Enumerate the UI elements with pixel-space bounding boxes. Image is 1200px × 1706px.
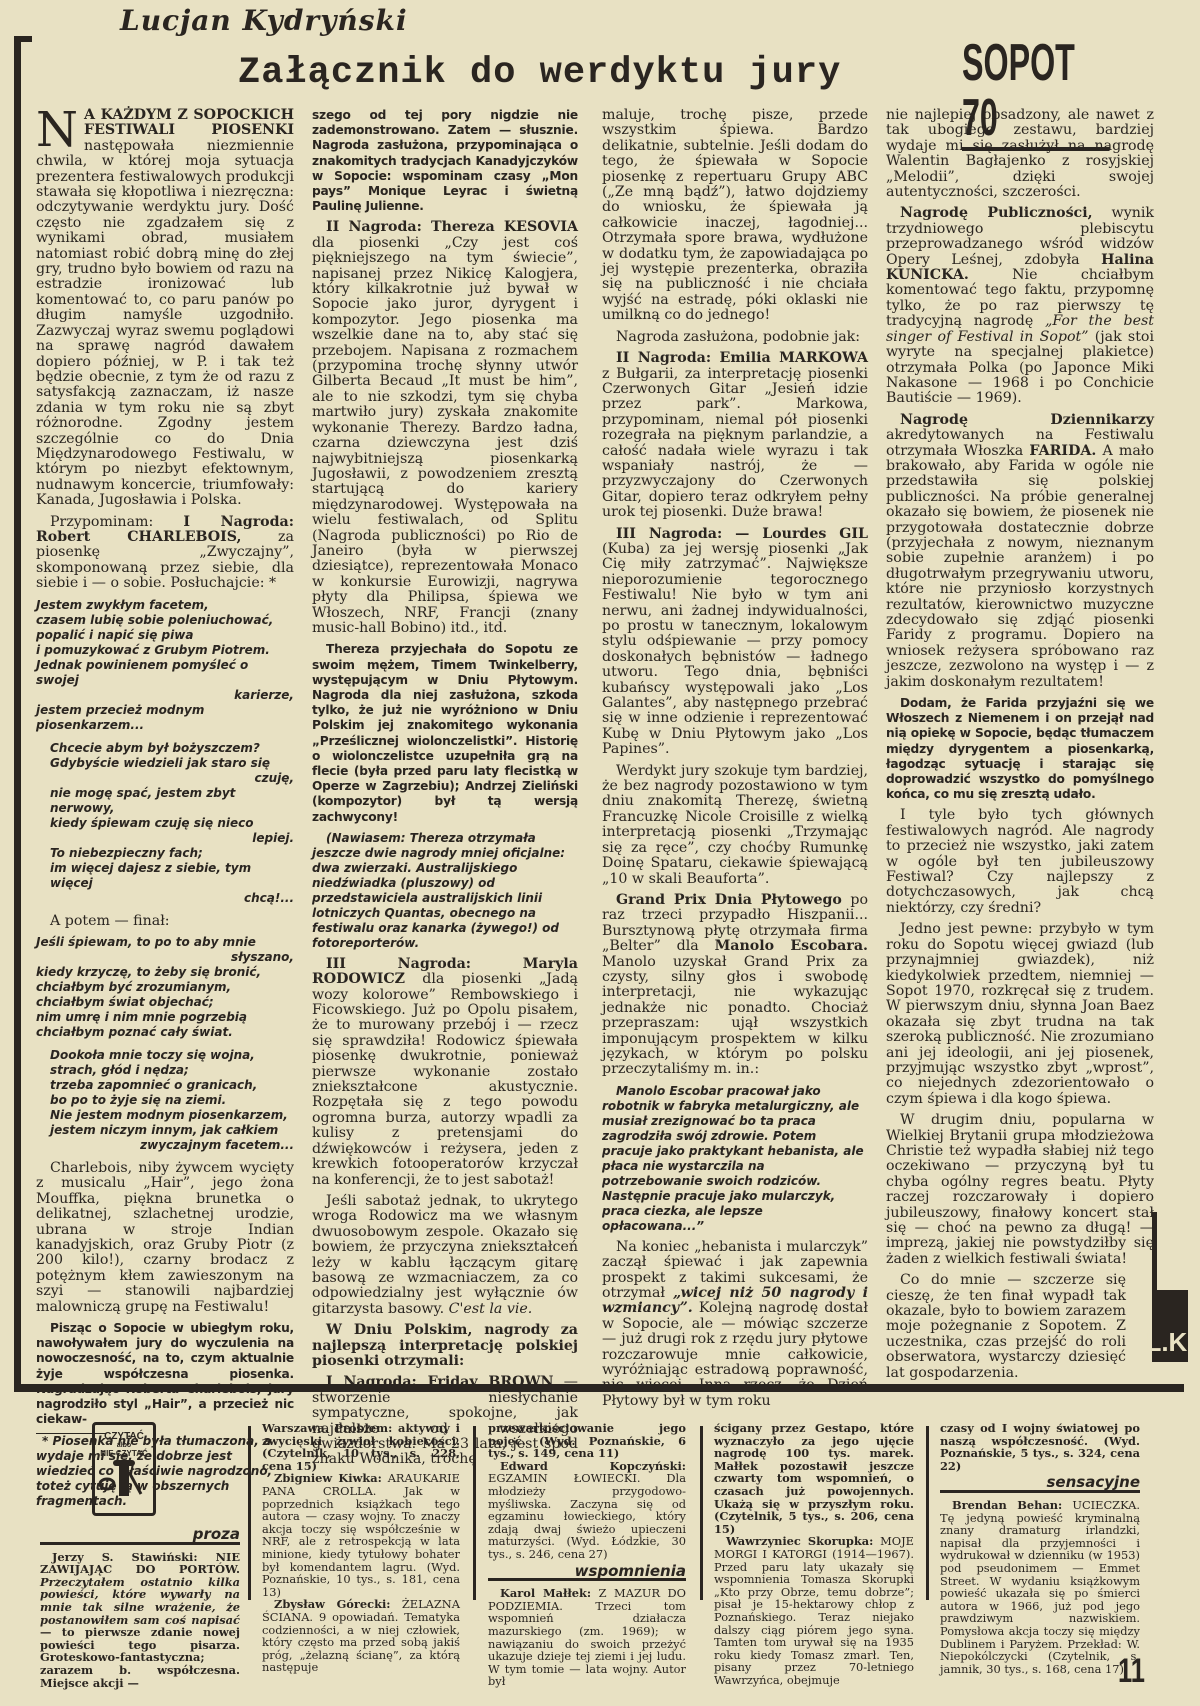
- lyrics-verse-3: Jeśli śpiewam, to po to aby mniesłyszano…: [36, 935, 294, 1040]
- paragraph: II Nagroda: Thereza KESOVIA dla piosenki…: [312, 220, 578, 636]
- paragraph: Charlebois, niby żywcem wycięty z musica…: [36, 1161, 294, 1315]
- reader-figure-icon: [97, 1458, 151, 1498]
- paragraph: maluje, trochę pisze, przede wszystkim ś…: [602, 108, 868, 324]
- column-rule: [700, 1426, 703, 1600]
- book-review: Karol Małłek: Z MAZUR DO PODZIEMIA. Trze…: [488, 1587, 686, 1688]
- paragraph: Grand Prix Dnia Płytowego po raz trzeci …: [602, 893, 868, 1078]
- footnote: * Piosenka nie była tłumaczona, a wydaje…: [36, 1434, 294, 1509]
- column-rule: [473, 1426, 476, 1600]
- article-column-1: NA KAŻDYM Z SOPOCKICH FESTIWALI PIOSENKI…: [36, 108, 294, 1515]
- article-column-3: maluje, trochę pisze, przede wszystkim ś…: [602, 108, 868, 1415]
- signature-rule: [1152, 1212, 1157, 1292]
- book-column-2: Warszawa. Problem: aktywny i zwycięski ż…: [262, 1422, 460, 1674]
- paragraph: Jedno jest pewne: przybyło w tym roku do…: [886, 922, 1154, 1107]
- author-signature: L.K.: [1152, 1290, 1188, 1362]
- lyrics-verse-4: Dookoła mnie toczy się wojna,strach, głó…: [36, 1048, 294, 1153]
- book-column-4: ścigany przez Gestapo, które wyznaczyło …: [714, 1422, 914, 1686]
- book-review: Jerzy S. Stawiński: NIE ZAWIJAJĄC DO POR…: [40, 1551, 240, 1690]
- book-column-5: czasy od I wojny światowej po naszą wspó…: [940, 1422, 1140, 1675]
- book-review: Edward Kopczyński: EGZAMIN ŁOWIECKI. Dla…: [488, 1460, 686, 1561]
- frame-left-rule: [14, 36, 21, 1388]
- paragraph: Jeśli sabotaż jednak, to ukrytego wroga …: [312, 1194, 578, 1317]
- lead-paragraph: NA KAŻDYM Z SOPOCKICH FESTIWALI PIOSENKI…: [36, 108, 294, 509]
- paragraph: II Nagroda: Emilia MARKOWA z Bułgarii, z…: [602, 351, 868, 520]
- paragraph: Przypominam: I Nagroda: Robert CHARLEBOI…: [36, 515, 294, 592]
- page-number: 11: [1118, 1652, 1145, 1691]
- paragraph: Werdykt jury szokuje tym bardziej, że be…: [602, 764, 868, 887]
- paragraph: III Nagroda: — Lourdes GIL (Kuba) za jej…: [602, 527, 868, 758]
- paragraph: W Dniu Polskim, nagrody za najlepszą int…: [312, 1323, 578, 1369]
- paragraph: szego od tej pory nigdzie nie zademonstr…: [312, 108, 578, 214]
- article-column-2: szego od tej pory nigdzie nie zademonstr…: [312, 108, 578, 1474]
- paragraph: I tyle było tych głównych festiwalowych …: [886, 808, 1154, 916]
- paragraph: Dodam, że Farida przyjaźni się we Włosze…: [886, 696, 1154, 802]
- book-column-3: przewartościowanie jego pojęć. (Wyd. Poz…: [488, 1422, 686, 1688]
- paragraph: Nagrodę Dziennikarzy akredytowanych na F…: [886, 413, 1154, 690]
- category-thriller: sensacyjne: [940, 1476, 1140, 1493]
- paragraph: Nagrodę Publiczności, wynik trzydniowego…: [886, 206, 1154, 406]
- book-column-1: proza Jerzy S. Stawiński: NIE ZAWIJAJĄC …: [40, 1524, 240, 1689]
- drop-cap: N: [36, 110, 78, 150]
- lyrics-verse-2: Chcecie abym był bożyszczem?Gdybyście wi…: [36, 741, 294, 906]
- column-rule: [926, 1426, 929, 1600]
- category-memoirs: wspomnienia: [488, 1565, 686, 1582]
- paragraph: Co do mnie — szczerze się cieszę, że ten…: [886, 1273, 1154, 1381]
- paragraph: Thereza przyjechała do Sopotu ze swoim m…: [312, 642, 578, 824]
- paragraph: nie najlepiej obsadzony, ale nawet z tak…: [886, 108, 1154, 200]
- paragraph: (Nawiasem: Thereza otrzymała jeszcze dwi…: [312, 831, 578, 951]
- paragraph: III Nagroda: Maryla RODOWICZ dla piosenk…: [312, 957, 578, 1188]
- column-rule: [248, 1426, 251, 1600]
- headline: Załącznik do werdyktu jury: [238, 52, 841, 94]
- paragraph: W drugim dniu, popularna w Wielkiej Bryt…: [886, 1113, 1154, 1267]
- book-review: Wawrzyniec Skorupka: MOJE MORGI I KATORG…: [714, 1535, 914, 1686]
- czytac-albo-nie-czytac-logo: CZYTAĆ albo NIE CZYTAĆ: [92, 1422, 156, 1516]
- book-review: Zbigniew Kiwka: ARAUKARIE PANA CROLLA. J…: [262, 1472, 460, 1598]
- quote: Manolo Escobar pracował jako robotnik w …: [602, 1084, 868, 1234]
- lyrics-verse-1: Jestem zwykłym facetem,czasem lubię sobi…: [36, 598, 294, 733]
- author-byline: Lucjan Kydryński: [120, 4, 408, 37]
- category-prose: proza: [40, 1528, 240, 1545]
- article-column-4: nie najlepiej obsadzony, ale nawet z tak…: [886, 108, 1154, 1387]
- book-review: Zbysław Górecki: ŻELAZNA ŚCIANA. 9 opowi…: [262, 1598, 460, 1674]
- section-divider: [14, 1384, 1184, 1392]
- paragraph: Nagroda zasłużona, podobnie jak:: [602, 330, 868, 345]
- book-review: Brendan Behan: UCIECZKA. Tę jedyną powie…: [940, 1499, 1140, 1675]
- paragraph: A potem — finał:: [36, 914, 294, 929]
- paragraph: Pisząc o Sopocie w ubiegłym roku, nawoły…: [36, 1321, 294, 1427]
